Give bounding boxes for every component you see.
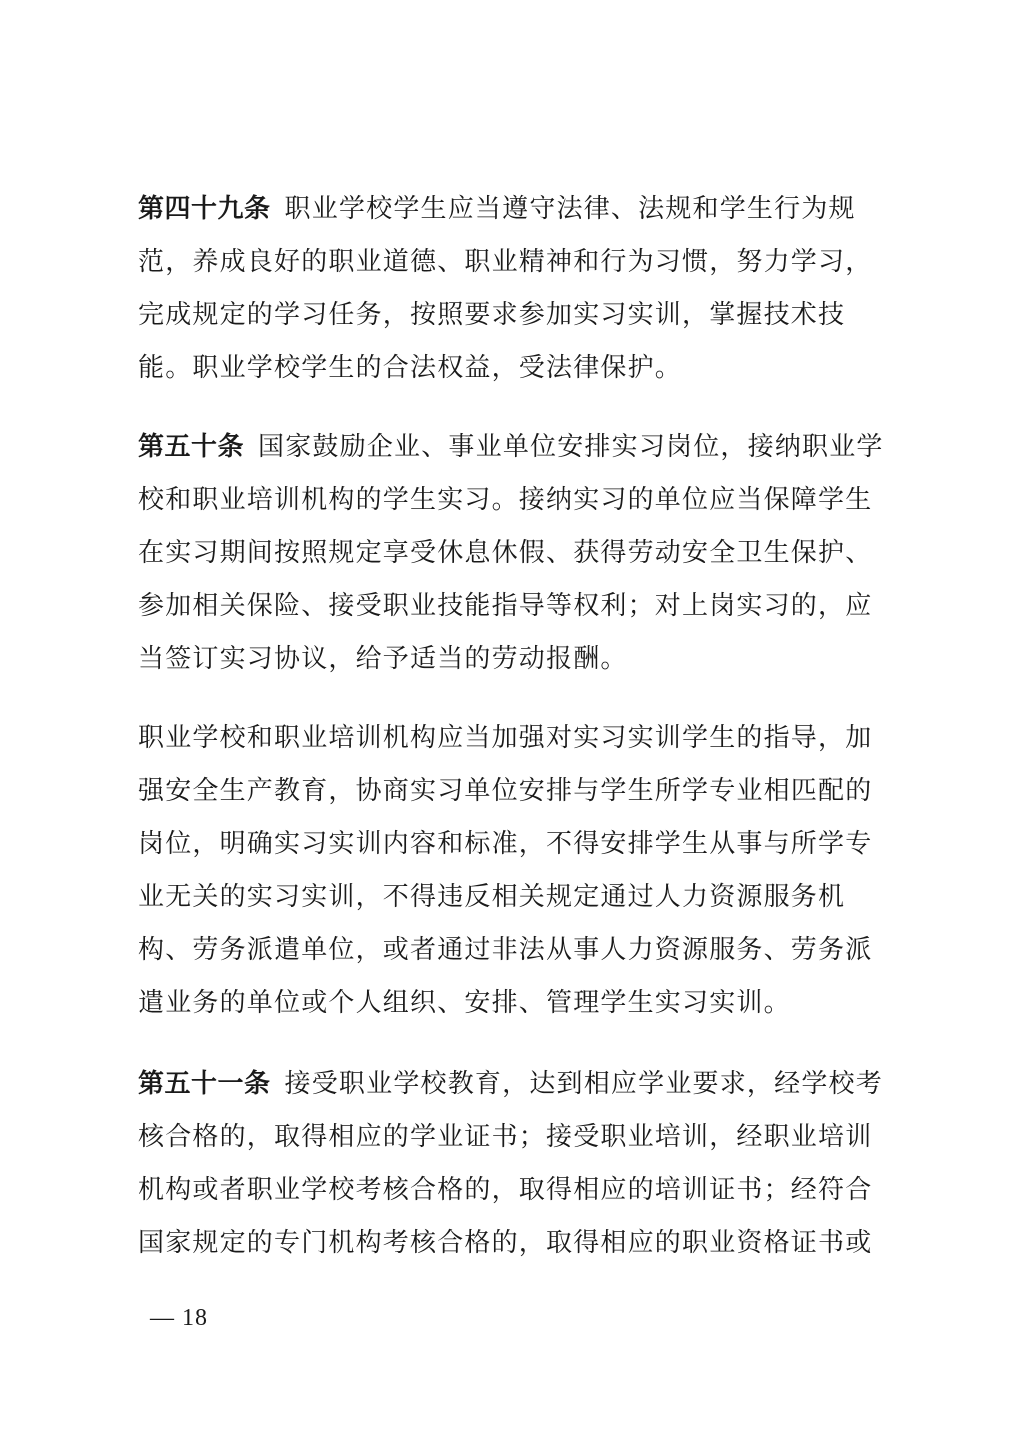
text-line: 能。职业学校学生的合法权益，受法律保护。 — [138, 342, 898, 395]
text-line: 第五十一条接受职业学校教育，达到相应学业要求，经学校考 — [138, 1058, 898, 1111]
line-text: 国家鼓励企业、事业单位安排实习岗位，接纳职业学 — [258, 432, 884, 462]
text-line: 机构或者职业学校考核合格的，取得相应的培训证书；经符合 — [138, 1164, 898, 1217]
text-line: 在实习期间按照规定享受休息休假、获得劳动安全卫生保护、 — [138, 527, 898, 580]
text-line: 强安全生产教育，协商实习单位安排与学生所学专业相匹配的 — [138, 765, 898, 818]
text-line: 岗位，明确实习实训内容和标准，不得安排学生从事与所学专 — [138, 818, 898, 871]
line-text: 职业学校学生应当遵守法律、法规和学生行为规 — [285, 194, 856, 224]
article-50: 第五十条国家鼓励企业、事业单位安排实习岗位，接纳职业学 校和职业培训机构的学生实… — [138, 421, 898, 686]
text-line: 第五十条国家鼓励企业、事业单位安排实习岗位，接纳职业学 — [138, 421, 898, 474]
document-page: 第四十九条职业学校学生应当遵守法律、法规和学生行为规 范，养成良好的职业道德、职… — [0, 0, 1024, 1448]
article-number: 第五十条 — [138, 432, 244, 462]
article-number: 第四十九条 — [138, 194, 271, 224]
text-line: 核合格的，取得相应的学业证书；接受职业培训，经职业培训 — [138, 1111, 898, 1164]
article-51: 第五十一条接受职业学校教育，达到相应学业要求，经学校考 核合格的，取得相应的学业… — [138, 1058, 898, 1270]
text-line: 参加相关保险、接受职业技能指导等权利；对上岗实习的，应 — [138, 580, 898, 633]
text-line: 业无关的实习实训，不得违反相关规定通过人力资源服务机 — [138, 871, 898, 924]
text-line: 构、劳务派遣单位，或者通过非法从事人力资源服务、劳务派 — [138, 924, 898, 977]
article-49: 第四十九条职业学校学生应当遵守法律、法规和学生行为规 范，养成良好的职业道德、职… — [138, 183, 898, 395]
text-line: 当签订实习协议，给予适当的劳动报酬。 — [138, 633, 898, 686]
text-line: 遣业务的单位或个人组织、安排、管理学生实习实训。 — [138, 977, 898, 1030]
page-number: — 18 — [150, 1305, 208, 1332]
text-line: 完成规定的学习任务，按照要求参加实习实训，掌握技术技 — [138, 289, 898, 342]
text-line: 国家规定的专门机构考核合格的，取得相应的职业资格证书或 — [138, 1217, 898, 1270]
text-line: 职业学校和职业培训机构应当加强对实习实训学生的指导，加 — [138, 712, 898, 765]
line-text: 接受职业学校教育，达到相应学业要求，经学校考 — [285, 1069, 883, 1099]
article-50-paragraph-2: 职业学校和职业培训机构应当加强对实习实训学生的指导，加 强安全生产教育，协商实习… — [138, 712, 898, 1030]
text-line: 第四十九条职业学校学生应当遵守法律、法规和学生行为规 — [138, 183, 898, 236]
article-number: 第五十一条 — [138, 1069, 271, 1099]
text-line: 校和职业培训机构的学生实习。接纳实习的单位应当保障学生 — [138, 474, 898, 527]
text-line: 范，养成良好的职业道德、职业精神和行为习惯，努力学习， — [138, 236, 898, 289]
